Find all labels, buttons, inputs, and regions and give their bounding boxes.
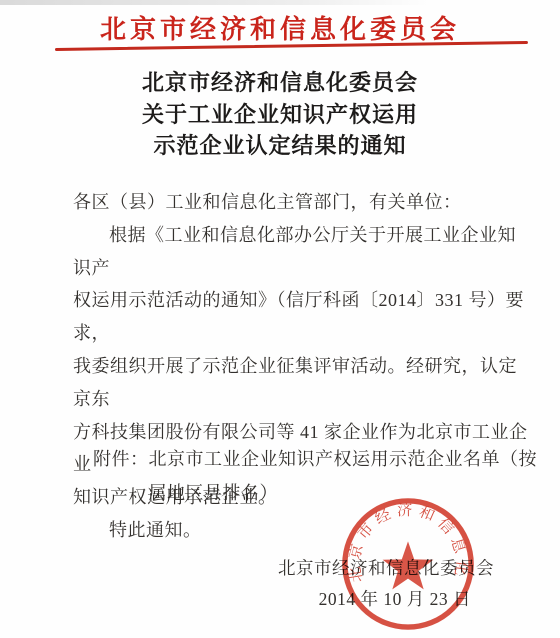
body-line: 根据《工业和信息化部办公厅关于开展工业企业知识产 — [73, 219, 529, 285]
document-title-line-1: 北京市经济和信息化委员会 — [0, 67, 560, 99]
attachment-note: 附件： 北京市工业企业知识产权运用示范企业名单（按 属地区县排名） — [93, 442, 537, 510]
body-line: 权运用示范活动的通知》（信厅科函〔2014〕331 号）要求， — [73, 284, 529, 350]
closing-line: 特此通知。 — [73, 514, 529, 547]
body-line: 我委组织开展了示范企业征集评审活动。经研究，认定京东 — [73, 350, 529, 416]
document-title: 北京市经济和信息化委员会 关于工业企业知识产权运用 示范企业认定结果的通知 — [0, 67, 560, 162]
attachment-label: 附件： — [93, 442, 149, 476]
letterhead-title: 北京市经济和信息化委员会 — [0, 9, 560, 46]
attachment-text-line-1: 北京市工业企业知识产权运用示范企业名单（按 — [149, 442, 538, 476]
official-notice-document: 北京市经济和信息化委员会 北京市经济和信息化委员会 关于工业企业知识产权运用 示… — [0, 0, 560, 638]
scan-artifact-strip — [0, 0, 430, 5]
signature-date: 2014 年 10 月 23 日 — [319, 586, 471, 611]
signature-organization: 北京市经济和信息化委员会 — [278, 555, 494, 580]
document-title-line-2: 关于工业企业知识产权运用 — [0, 99, 560, 131]
attachment-text-line-2: 属地区县排名） — [149, 476, 538, 510]
attachment-text: 北京市工业企业知识产权运用示范企业名单（按 属地区县排名） — [149, 442, 538, 510]
salutation-line: 各区（县）工业和信息化主管部门，有关单位： — [73, 186, 529, 219]
document-title-line-3: 示范企业认定结果的通知 — [0, 130, 560, 162]
